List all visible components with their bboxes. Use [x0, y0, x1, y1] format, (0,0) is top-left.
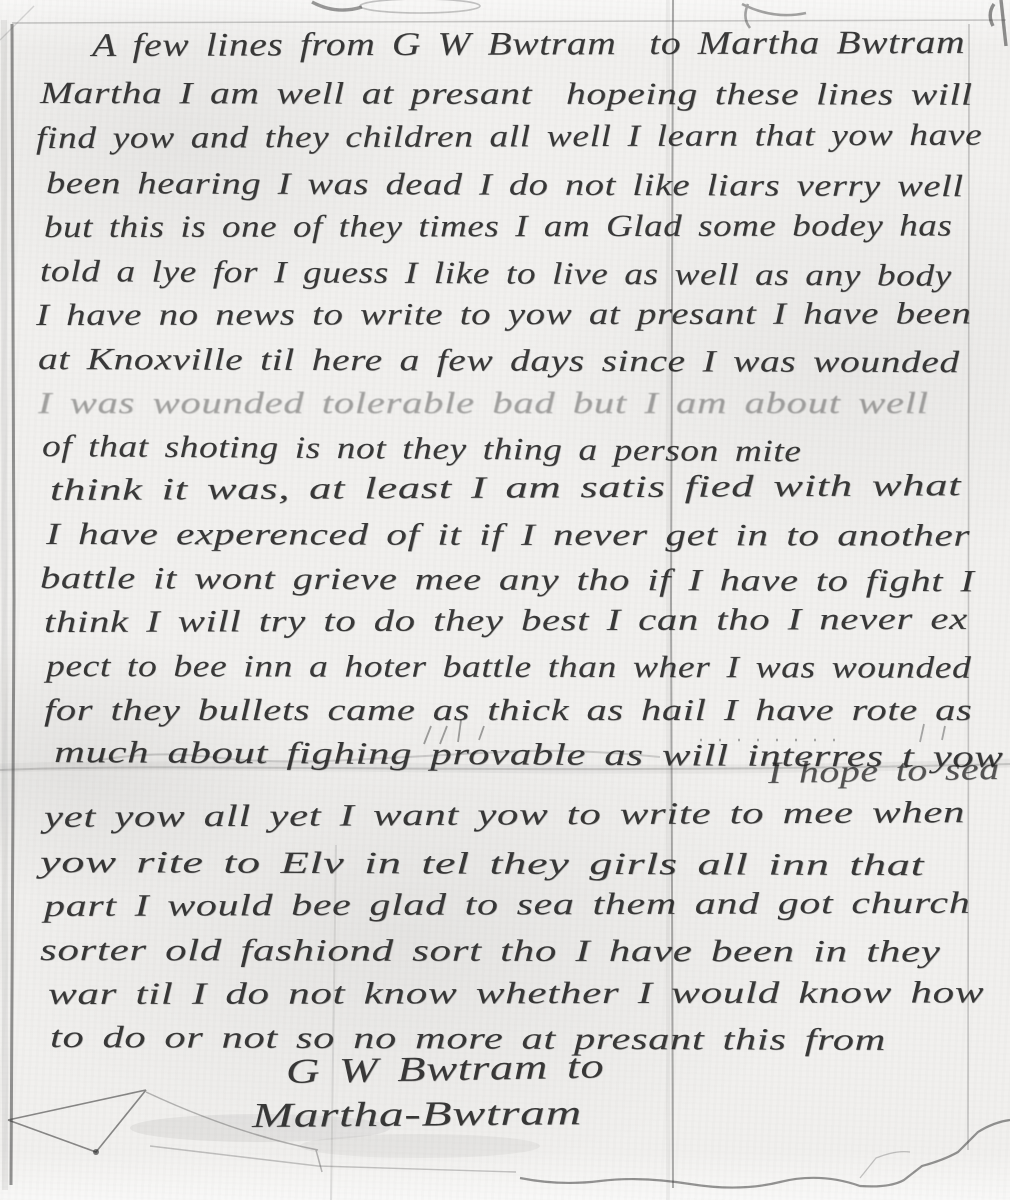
letter-line-22: sorter old fashiond sort tho I have been… [40, 934, 941, 967]
letter-line-21: part I would bee glad to sea them and go… [44, 887, 970, 921]
top-border-line [12, 20, 1006, 23]
letter-line-14: think I will try to do they best I can t… [44, 603, 968, 637]
left-edge-shade [4, 20, 5, 1190]
signature-line-2: Martha-Bwtram [252, 1095, 582, 1133]
letter-line-8: at Knoxville til here a few days since I… [38, 343, 960, 377]
left-border-line [11, 24, 14, 1185]
letter-line-11: think it was, at least I am satis fied w… [50, 469, 961, 505]
top-smudge-center [742, 4, 806, 28]
top-smudge-right [990, 0, 1006, 46]
letter-line-19: yet yow all yet I want yow to write to m… [44, 796, 965, 832]
top-smudge-oval [360, 0, 480, 13]
letter-line-9: I was wounded tolerable bad but I am abo… [38, 387, 929, 418]
letter-line-15: pect to bee inn a hoter battle than wher… [46, 650, 971, 683]
letter-line-3: find yow and they children all well I le… [36, 119, 982, 153]
torn-edge-secondary [860, 1152, 910, 1178]
letter-line-13: battle it wont grieve mee any tho if I h… [40, 562, 975, 596]
bottom-shading-2 [300, 1134, 540, 1158]
letter-line-12: I have experenced of it if I never get i… [46, 518, 970, 551]
letter-line-23: war til I do not know whether I would kn… [48, 976, 984, 1009]
bottom-fold-triangle [8, 1090, 146, 1152]
letter-line-10: of that shoting is not they thing a pers… [42, 430, 802, 466]
corner-crease [0, 6, 34, 40]
letter-page: A few lines from G W Bwtram to Martha Bw… [0, 0, 1010, 1200]
letter-line-4: been hearing I was dead I do not like li… [46, 167, 964, 201]
letter-line-7: I have no news to write to yow at presan… [36, 297, 971, 330]
torn-edge-faint [150, 1146, 516, 1172]
letter-line-16: for they bullets came as thick as hail I… [44, 694, 972, 725]
bottom-fold-dot [93, 1149, 99, 1155]
torn-edge-main [520, 1120, 1010, 1188]
letter-line-5: but this is one of they times I am Glad … [44, 209, 952, 242]
letter-line-6: told a lye for I guess I like to live as… [40, 255, 952, 291]
signature-line-1: G W Bwtram to [286, 1048, 605, 1089]
letter-line-18: I hope to sea [768, 753, 1000, 788]
letter-line-20: yow rite to Elv in tel they girls all in… [40, 846, 924, 880]
top-smudge-left [312, 2, 362, 10]
letter-line-1: A few lines from G W Bwtram to Martha Bw… [92, 27, 965, 63]
letter-line-2: Martha I am well at presant hopeing thes… [40, 77, 973, 110]
